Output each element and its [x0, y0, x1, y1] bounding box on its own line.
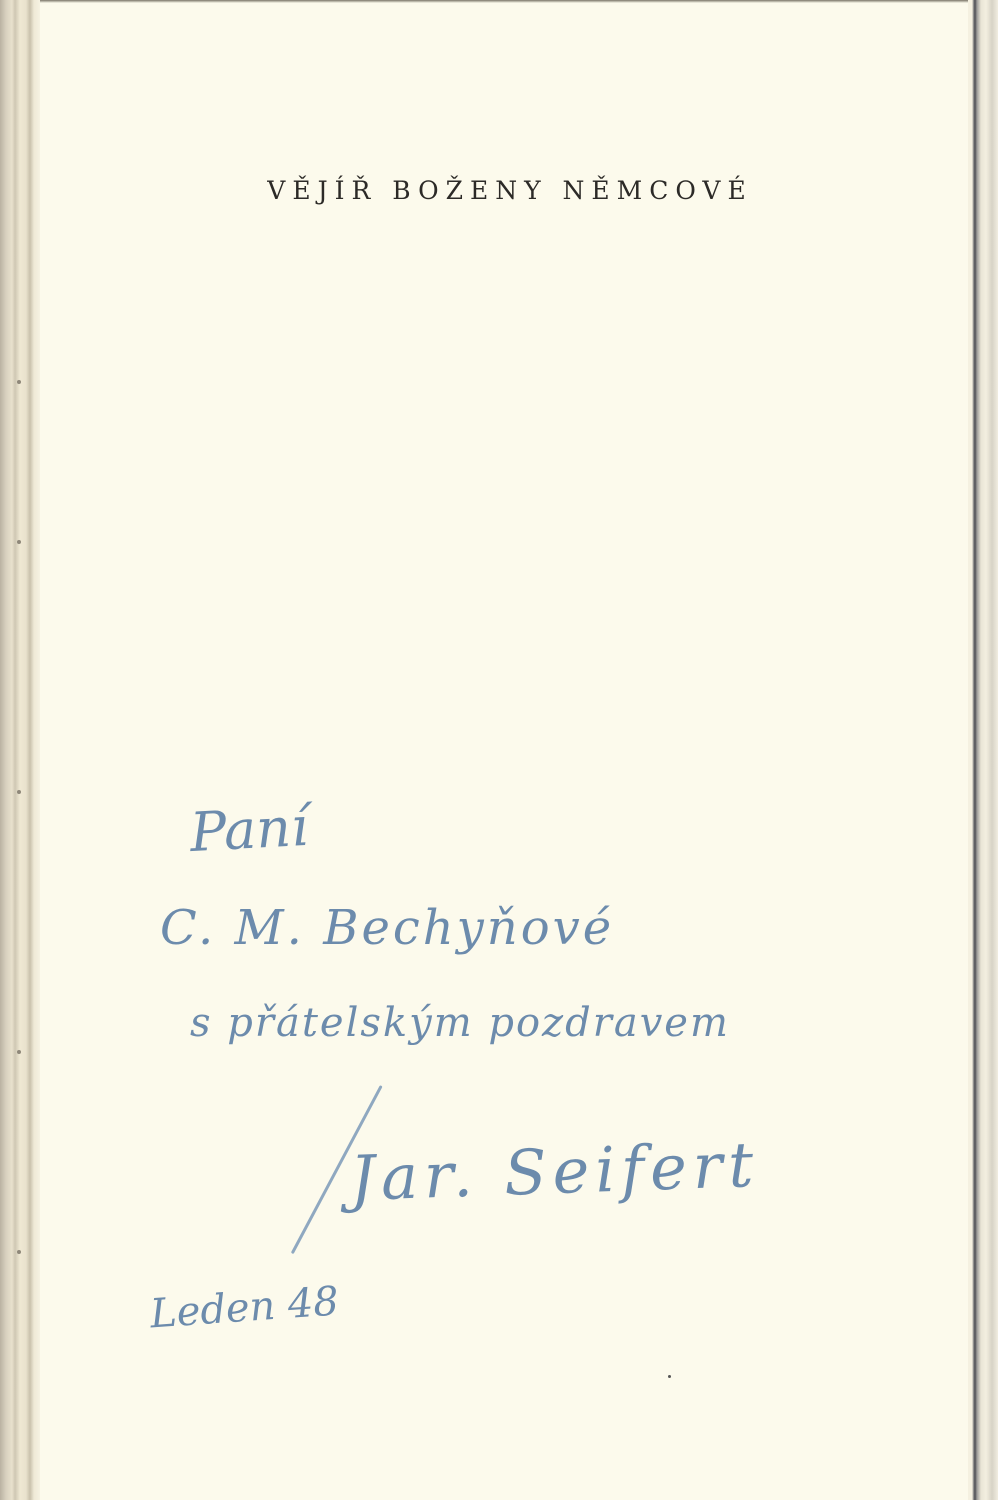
inscription-recipient: C. M. Bechyňové — [160, 900, 614, 956]
author-signature: Jar. Seifert — [349, 1128, 761, 1215]
inscription-greeting: s přátelským pozdravem — [190, 1000, 730, 1046]
binding-stitch — [17, 1050, 21, 1054]
binding-stitch — [17, 790, 21, 794]
binding-stitch — [17, 1250, 21, 1254]
binding-stitch — [17, 380, 21, 384]
paper-speck — [668, 1375, 671, 1378]
scanned-book-page: VĚJÍŘ BOŽENY NĚMCOVÉ Paní C. M. Bechyňov… — [0, 0, 998, 1500]
inscription-date: Leden 48 — [149, 1278, 341, 1337]
book-binding-gutter — [0, 0, 40, 1500]
book-title: VĚJÍŘ BOŽENY NĚMCOVÉ — [160, 176, 860, 205]
binding-stitch — [17, 540, 21, 544]
top-edge-shadow — [0, 0, 998, 3]
inscription-salutation: Paní — [188, 795, 309, 864]
page-right-edge — [968, 0, 998, 1500]
